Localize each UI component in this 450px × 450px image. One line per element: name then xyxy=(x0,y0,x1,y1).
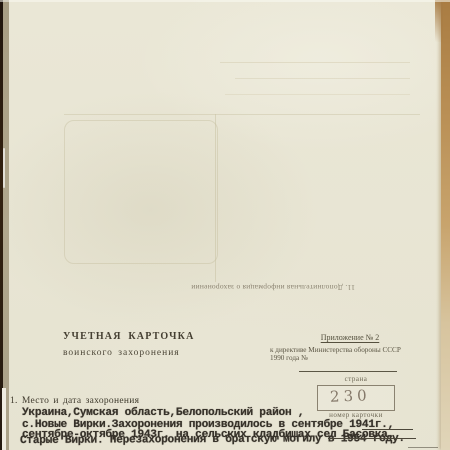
rotated-section11-caption: 11. Дополнительная информация о захороне… xyxy=(186,283,360,292)
form-blank-line xyxy=(362,429,413,430)
scan-edge-left-tan xyxy=(3,0,9,450)
section1-heading: 1. Место и дата захоронения xyxy=(10,396,139,406)
show-through-rectangle xyxy=(64,120,218,264)
form-blank-line xyxy=(408,447,438,448)
country-label: страна xyxy=(317,375,395,383)
card-number-label: номер карточки xyxy=(312,411,400,419)
annex-divider-rule xyxy=(299,371,397,372)
card-title: УЧЕТНАЯ КАРТОЧКА xyxy=(63,331,195,342)
show-through-vertical-line xyxy=(215,114,216,282)
scanned-burial-card: 11. Дополнительная информация о захороне… xyxy=(0,0,450,450)
scan-edge-top xyxy=(0,0,450,2)
form-blank-line xyxy=(328,438,416,439)
show-through-horizontal-line xyxy=(64,114,420,115)
scan-edge-left-glint xyxy=(3,148,5,188)
scan-edge-right-top xyxy=(435,0,443,42)
card-subtitle: воинского захоронения xyxy=(63,348,180,358)
card-number-handwritten: 230 xyxy=(330,386,371,405)
annex-reference-line1: Приложение № 2 xyxy=(300,333,400,342)
show-through-horizontal-line xyxy=(235,78,410,79)
show-through-horizontal-line xyxy=(220,62,410,63)
scan-edge-left-white xyxy=(2,388,6,450)
scan-edge-right xyxy=(441,0,450,450)
typed-line-1: Украина,Сумская область,Белопольский рай… xyxy=(22,407,304,419)
annex-reference-line2: к директиве Министерства обороны СССР xyxy=(270,346,410,354)
show-through-horizontal-line xyxy=(225,94,410,95)
annex-reference-line3: 1990 года № xyxy=(270,354,410,362)
typed-line-4-overstruck: Старые Вирки. Перезахоронения в братскую… xyxy=(20,433,405,447)
